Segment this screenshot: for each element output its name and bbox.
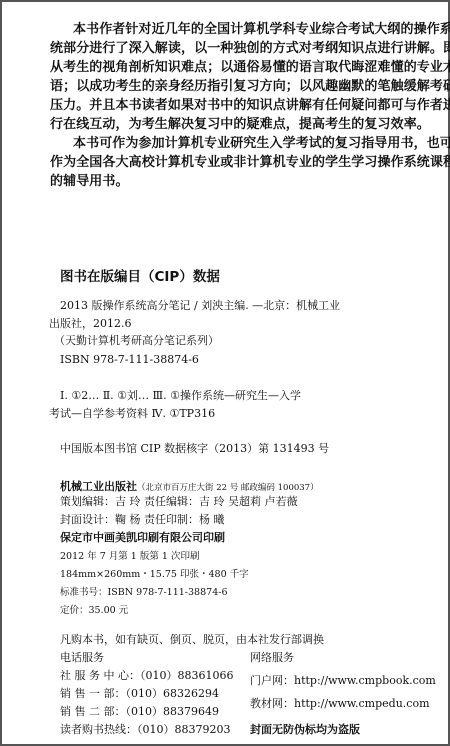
format-line: 184mm×260mm・15.75 印张・480 千字	[60, 566, 249, 580]
phone-sales-dept-2: 销 售 二 部：（010）88379649	[60, 703, 219, 719]
intro-line: 语；以成功考生的亲身经历指引复习方向；以风趣幽默的笔触缓解考研	[50, 78, 450, 97]
design-line: 封面设计：鞠 杨 责任印制：杨 曦	[60, 511, 225, 527]
cip-heading: 图书在版编目（CIP）数据	[60, 265, 220, 285]
intro-line: 行在线互动，为考生解决复习中的疑难点，提高考生的复习效率。	[50, 116, 430, 135]
web-service-title: 网络服务	[250, 649, 294, 665]
intro-line: 统部分进行了深入解读，以一种独创的方式对考纲知识点进行讲解。即	[50, 40, 450, 59]
textbook-website: 教材网：http://www.cmpedu.com	[250, 695, 430, 711]
replacement-notice: 凡购本书，如有缺页、倒页、脱页，由本社发行部调换	[60, 631, 324, 647]
publisher-line: 机械工业出版社（北京市百万庄大街 22 号 邮政编码 100037）	[60, 475, 319, 494]
phone-sales-dept-1: 销 售 一 部：（010）68326294	[60, 685, 219, 701]
cip-record-line: 出版社，2012.6	[49, 315, 132, 332]
intro-line: 本书作者针对近几年的全国计算机学科专业综合考试大纲的操作系	[73, 21, 450, 40]
phone-service-center: 社 服 务 中 心：（010）88361066	[60, 667, 233, 683]
cip-isbn: ISBN 978-7-111-38874-6	[60, 351, 199, 368]
intro-line: 作为全国各大高校计算机专业或非计算机专业的学生学习操作系统课程	[50, 154, 450, 173]
anti-piracy-notice: 封面无防伪标均为盗版	[250, 721, 360, 737]
intro-line: 压力。并且本书读者如果对书中的知识点讲解有任何疑问都可与作者进	[50, 97, 450, 116]
cip-classification: 考试—自学参考资料 Ⅳ. ①TP316	[49, 405, 215, 422]
publisher-name: 机械工业出版社	[60, 480, 137, 493]
edition-line: 2012 年 7 月第 1 版第 1 次印刷	[60, 548, 199, 562]
phone-service-title: 电话服务	[60, 649, 104, 665]
editors-line: 策划编辑：吉 玲 责任编辑：吉 玲 吴超莉 卢若薇	[60, 493, 297, 509]
printer-line: 保定市中画美凯印刷有限公司印刷	[60, 529, 225, 545]
price-line: 定价：35.00 元	[60, 602, 128, 616]
book-copyright-page: 本书作者针对近几年的全国计算机学科专业综合考试大纲的操作系 统部分进行了深入解读…	[0, 0, 450, 746]
cip-verification-number: 中国版本图书馆 CIP 数据核字（2013）第 131493 号	[60, 440, 329, 457]
intro-line: 本书可作为参加计算机专业研究生入学考试的复习指导用书，也可	[73, 135, 450, 154]
publisher-address: （北京市百万庄大街 22 号 邮政编码 100037）	[137, 483, 319, 493]
cip-classification: Ⅰ. ①2… Ⅱ. ①刘… Ⅲ. ①操作系统—研究生—入学	[60, 387, 301, 404]
cip-record-line: 2013 版操作系统高分笔记 / 刘泱主编. —北京：机械工业	[60, 297, 340, 314]
intro-line: 的辅导用书。	[50, 173, 129, 192]
cip-series: （天勤计算机考研高分笔记系列）	[54, 332, 219, 349]
intro-line: 从考生的视角剖析知识难点；以通俗易懂的语言取代晦涩难懂的专业术	[50, 59, 450, 78]
phone-reader-hotline: 读者购书热线：（010）88379203	[60, 721, 230, 737]
portal-website: 门户网：http://www.cmpbook.com	[250, 672, 436, 688]
standard-isbn-line: 标准书号：ISBN 978-7-111-38874-6	[60, 584, 228, 598]
